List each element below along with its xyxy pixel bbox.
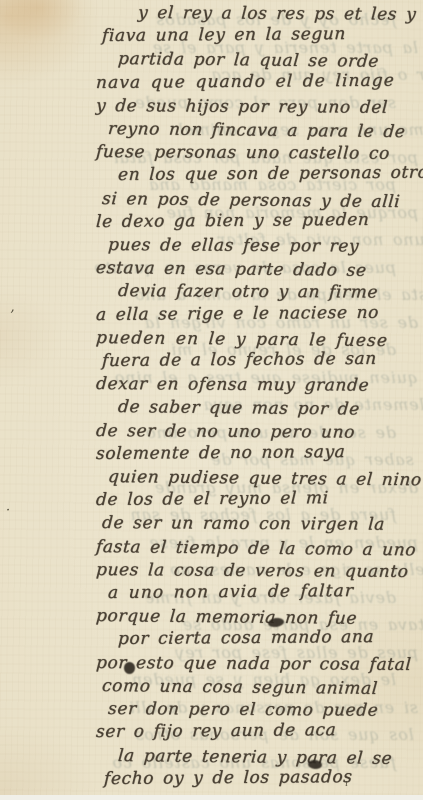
margin-mark-tick: ı	[345, 779, 348, 789]
manuscript-line-4: nava que quando el de linage	[95, 69, 423, 95]
manuscript-line-28: por cierta cosa mando ana	[117, 626, 423, 652]
manuscript-line-2: fiava una ley en la segun	[101, 23, 423, 49]
manuscript-line-16: fuera de a los fechos de san	[101, 348, 423, 374]
manuscript-line-5: y de sus hijos por rey uno del	[95, 95, 423, 120]
manuscript-line-10: le dexo ga bien y se pueden	[95, 208, 423, 234]
manuscript-line-11: pues de ellas fese por rey	[107, 234, 423, 259]
manuscript-line-18: de saber que mas por de	[117, 396, 423, 422]
manuscript-line-29: por esto que nada por cosa fatal	[95, 652, 423, 677]
margin-mark-dot: ·	[6, 503, 10, 518]
manuscript-line-26: a uno non avia de faltar	[107, 580, 423, 606]
manuscript-line-23: de ser un ramo con virgen la	[101, 512, 423, 537]
page-bottom-edge	[0, 795, 423, 800]
manuscript-line-14: a ella se rige e le naciese no	[95, 301, 423, 327]
manuscript-line-17: dexar en ofensa muy grande	[95, 373, 423, 398]
text-layer: y el rey a los res ps et les y mofiava u…	[0, 2, 423, 791]
manuscript-line-22: de los de el reyno el mi	[95, 487, 423, 513]
manuscript-line-8: en los que son de personas otros	[117, 162, 423, 188]
manuscript-page: fecho oy y de los pasadosla parte teneri…	[0, 0, 423, 800]
manuscript-line-32: ser o fijo rey aun de aca	[95, 719, 423, 745]
ink-blot	[124, 662, 135, 674]
manuscript-line-34: fecho oy y de los pasados	[103, 765, 423, 791]
manuscript-line-20: solemente de no non saya	[95, 440, 423, 466]
margin-mark-apostrophe: ’	[10, 308, 14, 324]
